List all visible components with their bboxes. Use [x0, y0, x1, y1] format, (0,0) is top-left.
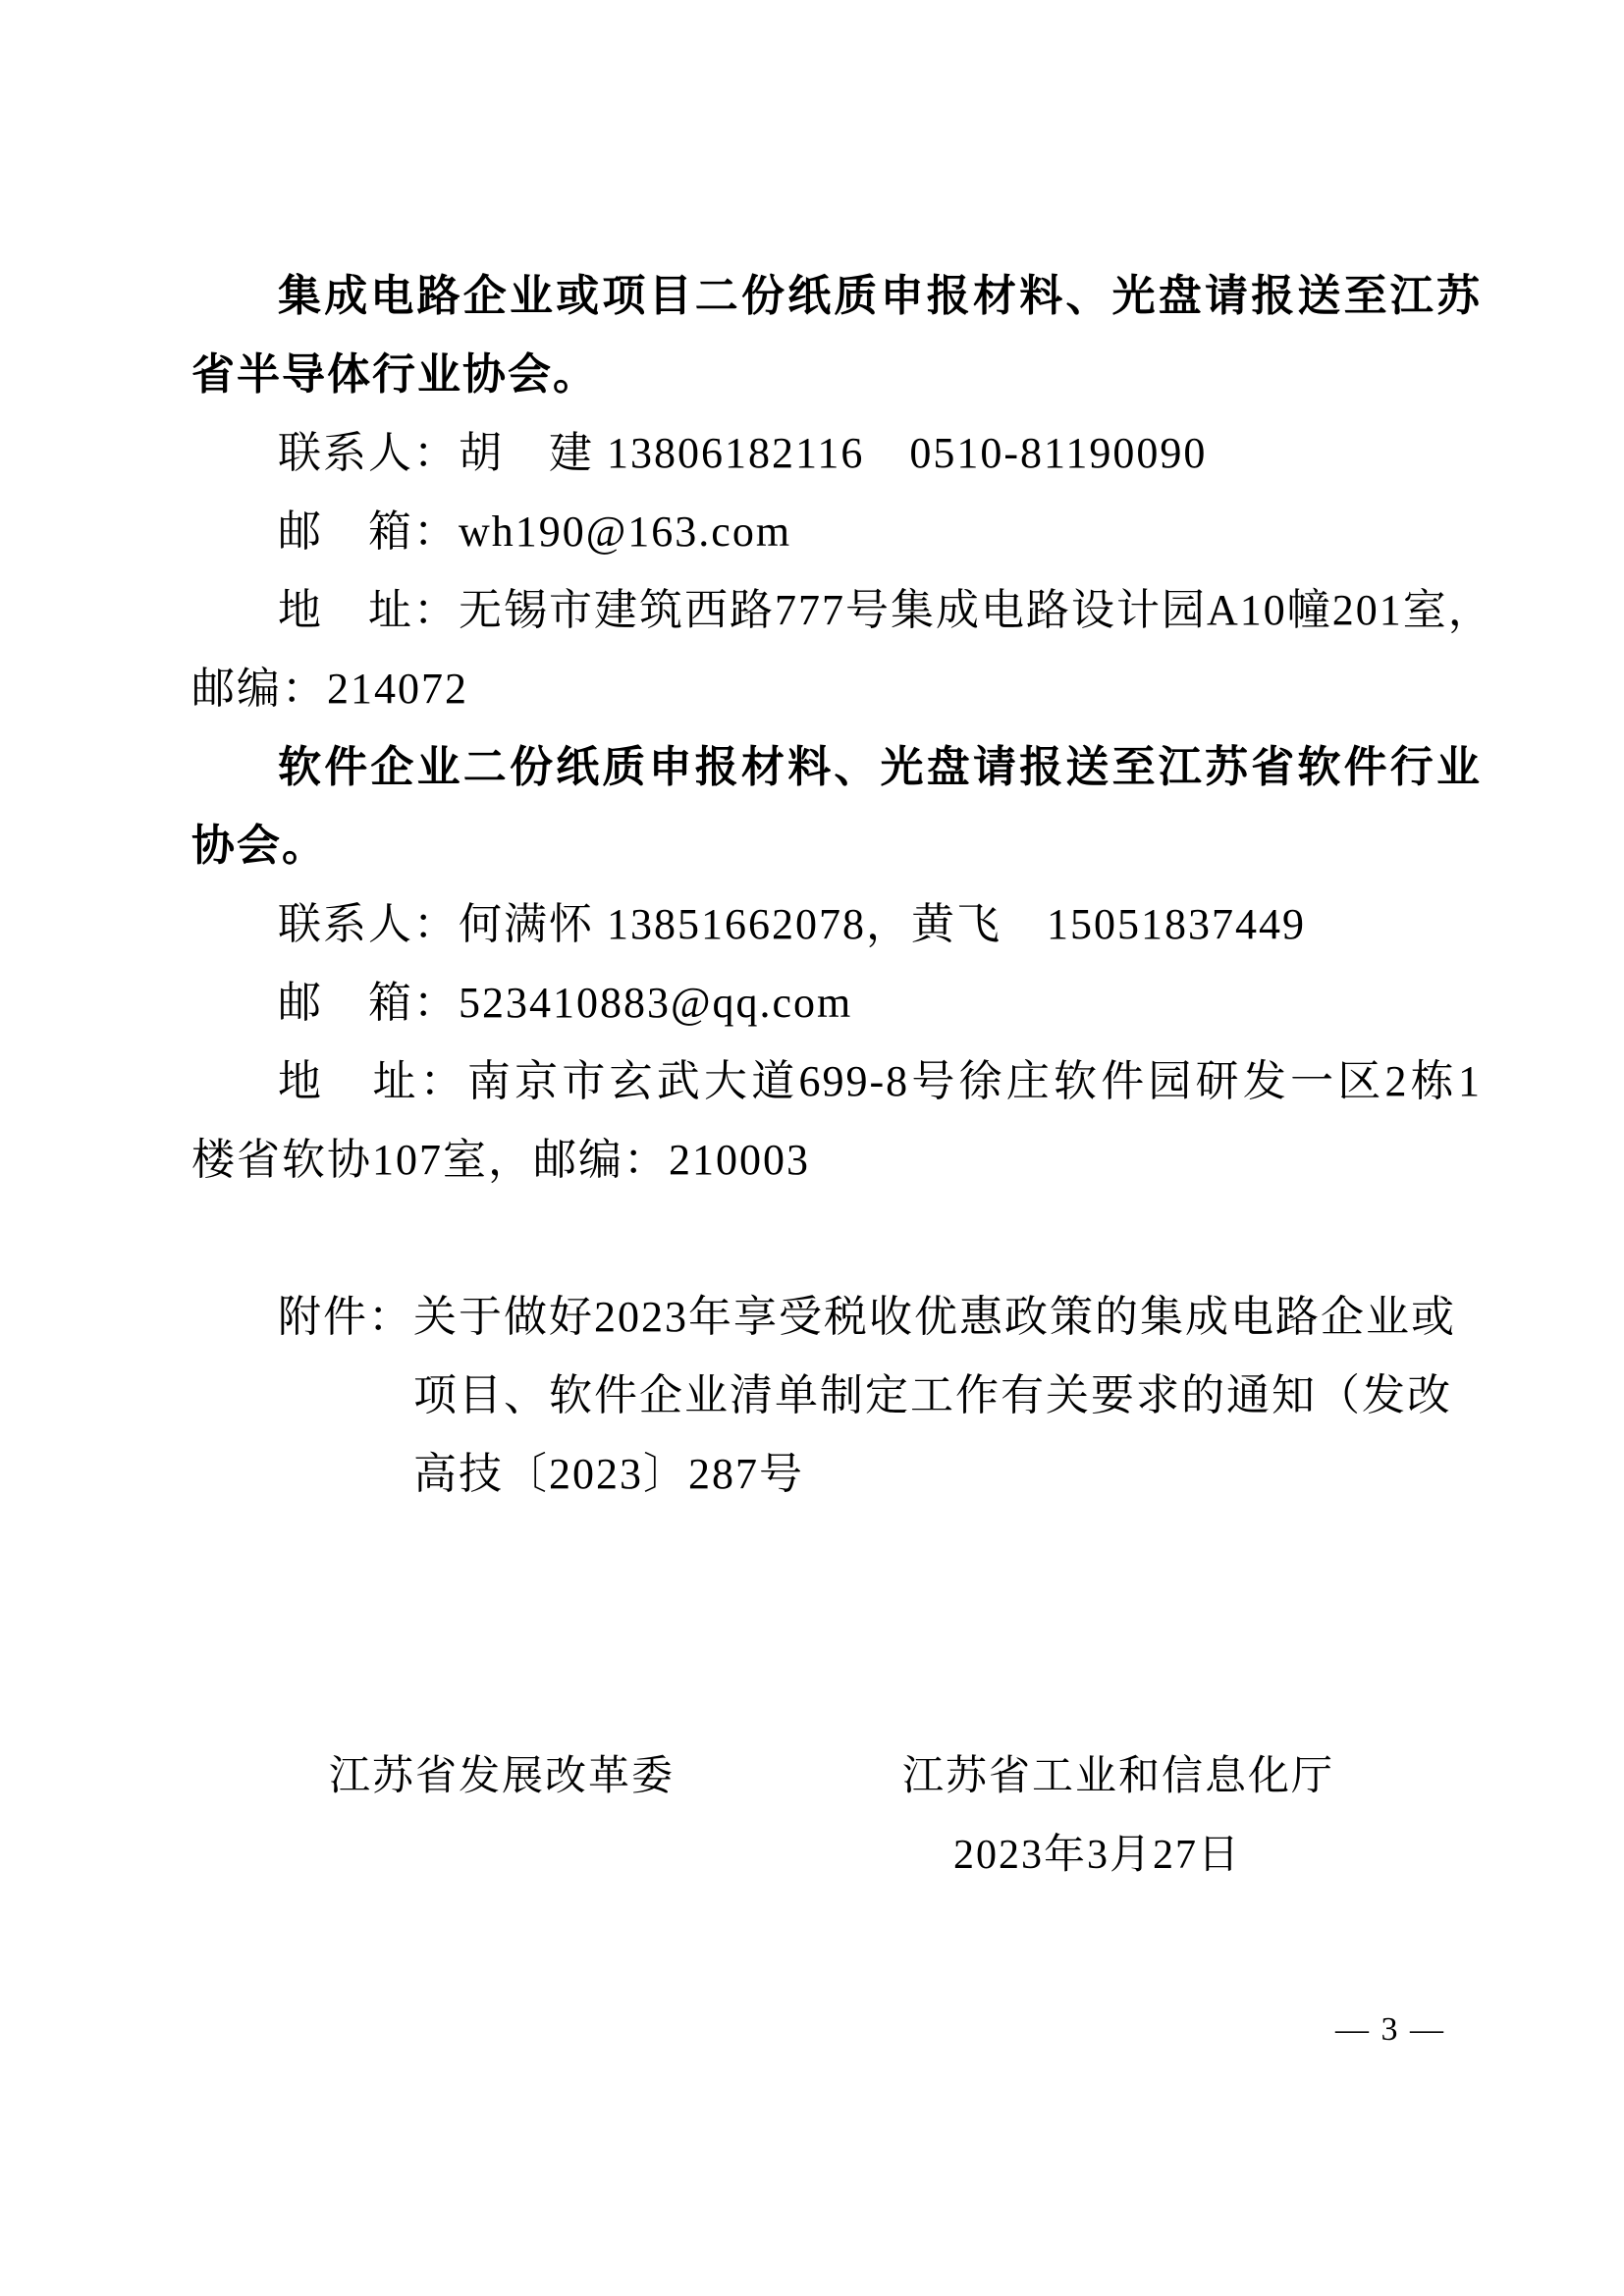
attachment-text-line-1: 关于做好2023年享受税收优惠政策的集成电路企业或	[413, 1293, 1456, 1341]
software-email-line: 邮 箱：523410883@qq.com	[191, 964, 1482, 1042]
signature-row: 江苏省发展改革委 江苏省工业和信息化厅	[191, 1737, 1482, 1816]
document-page: 集成电路企业或项目二份纸质申报材料、光盘请报送至江苏 省半导体行业协会。 联系人…	[0, 0, 1624, 2296]
page-number: — 3 —	[1335, 2010, 1445, 2050]
signature-right-agency: 江苏省工业和信息化厅	[902, 1737, 1334, 1816]
attachment-label: 附件：	[278, 1293, 413, 1341]
ic-notice-line-1: 集成电路企业或项目二份纸质申报材料、光盘请报送至江苏	[191, 257, 1482, 336]
signature-left-agency: 江苏省发展改革委	[329, 1737, 675, 1816]
software-address-line-2: 楼省软协107室，邮编：210003	[191, 1121, 1482, 1200]
ic-notice-line-2: 省半导体行业协会。	[191, 336, 1482, 414]
attachment-text-line-2: 项目、软件企业清单制定工作有关要求的通知（发改	[191, 1357, 1482, 1435]
software-address-line-1: 地 址：南京市玄武大道699-8号徐庄软件园研发一区2栋1	[191, 1042, 1482, 1121]
software-notice-line-1: 软件企业二份纸质申报材料、光盘请报送至江苏省软件行业	[191, 728, 1482, 807]
software-contact-line: 联系人：何满怀 13851662078，黄飞 15051837449	[191, 885, 1482, 964]
attachment-line-1: 附件：关于做好2023年享受税收优惠政策的集成电路企业或	[191, 1278, 1482, 1357]
ic-contact-line: 联系人：胡 建 13806182116 0510-81190090	[191, 414, 1482, 493]
signature-date: 2023年3月27日	[191, 1816, 1482, 1895]
software-notice-line-2: 协会。	[191, 807, 1482, 885]
ic-email-line: 邮 箱：wh190@163.com	[191, 493, 1482, 571]
ic-address-line-1: 地 址：无锡市建筑西路777号集成电路设计园A10幢201室，	[191, 571, 1482, 650]
attachment-text-line-3: 高技〔2023〕287号	[191, 1435, 1482, 1514]
blank-line	[191, 1200, 1482, 1278]
ic-address-line-2: 邮编：214072	[191, 650, 1482, 728]
